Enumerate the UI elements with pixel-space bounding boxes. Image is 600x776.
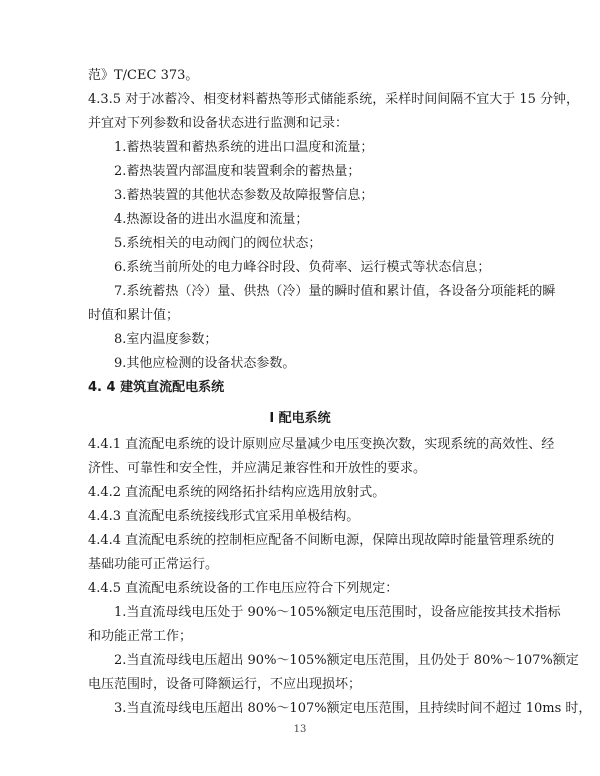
text-line: 和功能正常工作； [88, 629, 518, 645]
text-line: 4.4.3 直流配电系统接线形式宜采用单极结构。 [88, 509, 518, 525]
subsection-heading: I 配电系统 [0, 411, 600, 427]
text-line: 9.其他应检测的设备状态参数。 [114, 356, 544, 372]
text-line: 1.蓄热装置和蓄热系统的进出口温度和流量； [114, 140, 544, 156]
text-line: 时值和累计值； [88, 308, 518, 324]
section-heading: 4. 4 建筑直流配电系统 [88, 380, 518, 396]
text-line: 范》T/CEC 373。 [88, 68, 518, 84]
text-line: 3.当直流母线电压超出 80%～107%额定电压范围，且持续时间不超过 10ms… [114, 701, 544, 717]
text-line: 4.4.4 直流配电系统的控制柜应配备不间断电源，保障出现故障时能量管理系统的 [88, 533, 518, 549]
text-line: 5.系统相关的电动阀门的阀位状态； [114, 236, 544, 252]
page-number: 13 [0, 724, 600, 735]
text-line: 4.4.2 直流配电系统的网络拓扑结构应选用放射式。 [88, 485, 518, 501]
text-line: 4.热源设备的进出水温度和流量； [114, 212, 544, 228]
text-line: 并宜对下列参数和设备状态进行监测和记录： [88, 116, 518, 132]
text-line: 3.蓄热装置的其他状态参数及故障报警信息； [114, 188, 544, 204]
text-line: 2.当直流母线电压超出 90%～105%额定电压范围，且仍处于 80%～107%… [114, 653, 544, 669]
document-page: 范》T/CEC 373。4.3.5 对于冰蓄冷、相变材料蓄热等形式储能系统，采样… [0, 0, 600, 776]
text-line: 电压范围时，设备可降额运行，不应出现损坏； [88, 677, 518, 693]
text-line: 2.蓄热装置内部温度和装置剩余的蓄热量； [114, 164, 544, 180]
text-line: 基础功能可正常运行。 [88, 557, 518, 573]
text-line: 济性、可靠性和安全性，并应满足兼容性和开放性的要求。 [88, 461, 518, 477]
text-line: 4.4.5 直流配电系统设备的工作电压应符合下列规定： [88, 581, 518, 597]
text-line: 1.当直流母线电压处于 90%～105%额定电压范围时，设备应能按其技术指标 [114, 605, 544, 621]
text-line: 8.室内温度参数； [114, 332, 544, 348]
text-line: 4.4.1 直流配电系统的设计原则应尽量减少电压变换次数，实现系统的高效性、经 [88, 437, 518, 453]
text-line: 6.系统当前所处的电力峰谷时段、负荷率、运行模式等状态信息； [114, 260, 544, 276]
text-line: 7.系统蓄热（冷）量、供热（冷）量的瞬时值和累计值，各设备分项能耗的瞬 [114, 284, 544, 300]
text-line: 4.3.5 对于冰蓄冷、相变材料蓄热等形式储能系统，采样时间间隔不宜大于 15 … [88, 92, 518, 108]
